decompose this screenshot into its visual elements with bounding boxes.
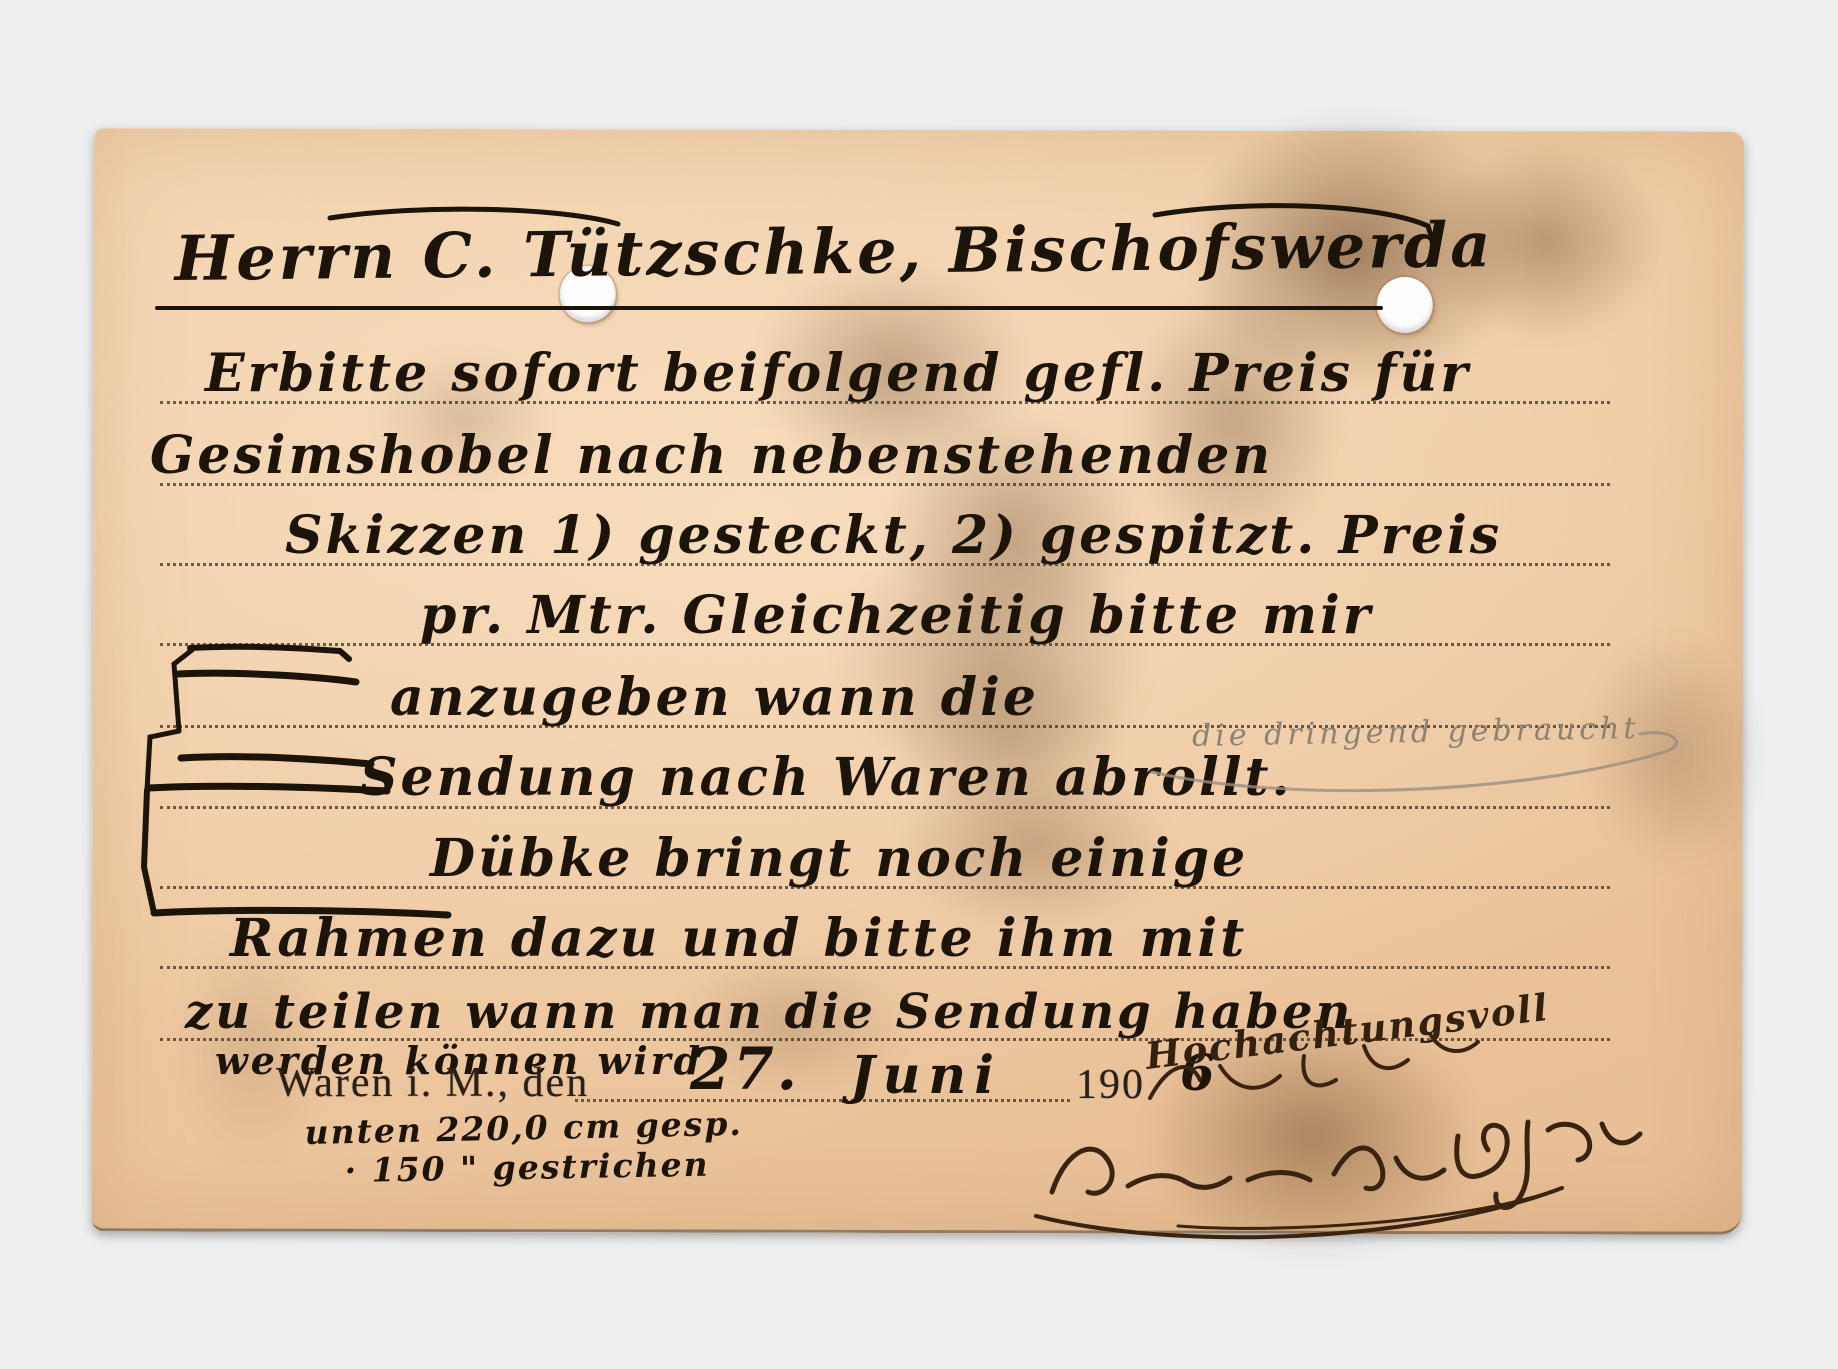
punch-hole-right <box>1377 277 1433 333</box>
body-line: zu teilen wann man die Sendung haben <box>185 988 1353 1036</box>
address-line: Herrn C. Tützschke, Bischofswerda <box>174 214 1493 290</box>
body-line: Sendung nach Waren abrollt. <box>360 752 1293 804</box>
body-line: Skizzen 1) gesteckt, 2) gespitzt. Preis <box>285 510 1502 562</box>
address-underline <box>155 306 1383 310</box>
date-day: 27. <box>690 1040 800 1098</box>
pencil-annotation: die dringend gebraucht <box>1192 714 1640 752</box>
body-line: anzugeben wann die <box>390 672 1039 724</box>
body-line: Erbitte sofort beifolgend gefl. Preis fü… <box>205 348 1471 400</box>
body-line: Dübke bringt noch einige <box>430 833 1248 885</box>
body-line: Gesimshobel nach nebenstehenden <box>150 430 1273 482</box>
date-month: Juni <box>850 1050 1002 1102</box>
body-line: pr. Mtr. Gleichzeitig bitte mir <box>420 590 1373 642</box>
measurement-line: · 150 " gestrichen <box>344 1148 709 1187</box>
place-date-label: Waren i. M., den <box>276 1062 589 1104</box>
body-line: Rahmen dazu und bitte ihm mit <box>230 913 1247 965</box>
scanned-postcard-page: { "document": { "kind": "handwritten bus… <box>0 0 1838 1369</box>
year-prefix: 190 <box>1076 1064 1145 1106</box>
ink-stain <box>1583 631 1764 871</box>
scan-background: Herrn C. Tützschke, Bischofswerda Erbitt… <box>0 0 1838 1369</box>
measurement-line: unten 220,0 cm gesp. <box>304 1107 743 1149</box>
